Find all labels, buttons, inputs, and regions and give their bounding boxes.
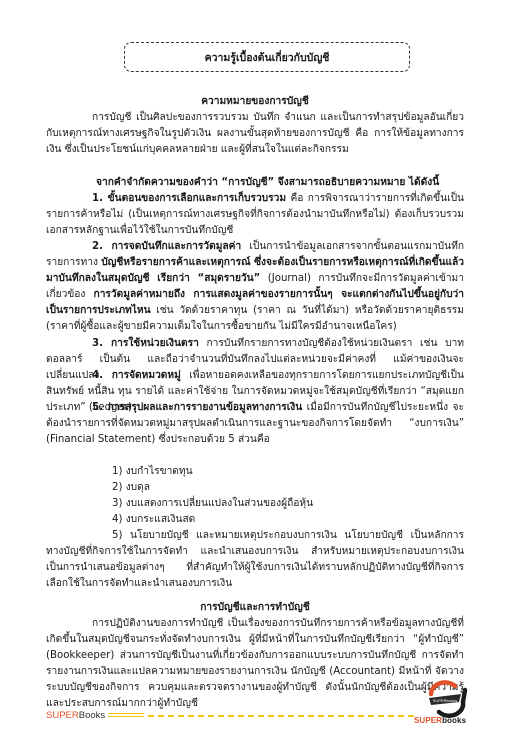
intro-paragraph: การบัญชี เป็นศิลปะของการรวบรวม บันทึก จำ… bbox=[46, 110, 464, 158]
list-item-2: 2. การจดบันทึกและการวัดมูลค่า เป็นการนำข… bbox=[46, 239, 464, 336]
footer-brand-books: Books bbox=[79, 710, 105, 721]
logo-wordmark: SUPERbooks bbox=[414, 716, 466, 725]
section-heading-bookkeeping: การบัญชีและการทำบัญชี bbox=[46, 600, 464, 616]
statement-item-3: 3) งบแสดงการเปลี่ยนแปลงในส่วนของผู้ถือหุ… bbox=[46, 496, 464, 512]
list-item-2-label: 2. การจดบันทึกและการวัดมูลค่า bbox=[92, 241, 241, 252]
definition-subheading: จากคำจำกัดความของคำว่า “การบัญชี” จึงสาม… bbox=[46, 175, 513, 191]
statement-item-1: 1) งบกำไรขาดทุน bbox=[46, 464, 464, 480]
logo-ring-text: SUPERbooks bbox=[433, 698, 457, 703]
list-item-1-label: 1. ขั้นตอนของการเลือกและการเก็บรวบรวม bbox=[92, 193, 286, 204]
section-heading-meaning: ความหมายของการบัญชี bbox=[46, 94, 464, 110]
title-box: ความรู้เบื้องต้นเกี่ยวกับบัญชี bbox=[124, 42, 410, 72]
list-item-4-label: 4. การจัดหมวดหมู่ bbox=[92, 370, 181, 381]
statements-list: 1) งบกำไรขาดทุน 2) งบดุล 3) งบแสดงการเปล… bbox=[46, 464, 464, 528]
footer-brand-super: SUPER bbox=[46, 710, 79, 721]
list-item-1: 1. ขั้นตอนของการเลือกและการเก็บรวบรวม คื… bbox=[46, 191, 464, 239]
list-item-5: 5. การสรุปผลและการรายงานข้อมูลทางการเงิน… bbox=[46, 400, 464, 448]
statement-item-4: 4) งบกระแสเงินสด bbox=[46, 512, 464, 528]
list-item-5-label: 5. การสรุปผลและการรายงานข้อมูลทางการเงิน bbox=[92, 402, 302, 413]
footer-double-rule bbox=[108, 713, 144, 717]
logo-books: books bbox=[442, 716, 466, 725]
page-title: ความรู้เบื้องต้นเกี่ยวกับบัญชี bbox=[205, 49, 330, 66]
list-item-3-label: 3. การใช้หน่วยเงินตรา bbox=[92, 338, 199, 349]
statement-item-2: 2) งบดุล bbox=[46, 480, 464, 496]
page-footer: SUPERBooks bbox=[46, 705, 466, 725]
logo-super: SUPER bbox=[414, 716, 442, 725]
footer-dashed-rule bbox=[148, 715, 414, 717]
statement-item-5: 5) นโยบายบัญชี และหมายเหตุประกอบงบการเงิ… bbox=[46, 528, 464, 592]
bookkeeping-paragraph: การปฏิบัติงานของการทำบัญชี เป็นเรื่องของ… bbox=[46, 616, 464, 713]
